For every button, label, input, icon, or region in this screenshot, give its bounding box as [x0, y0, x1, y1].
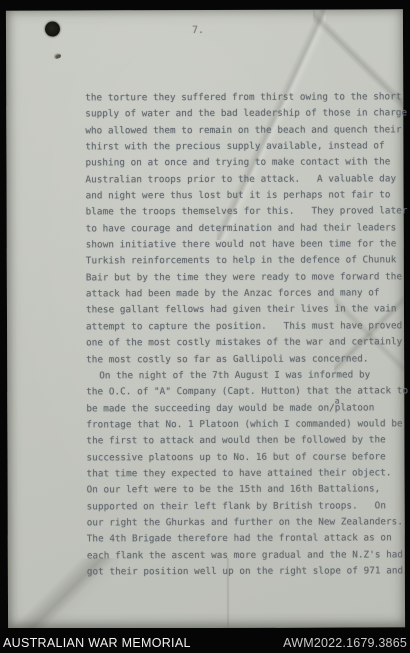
text-line: shown initiative there would not have be… [86, 236, 408, 253]
text-line: the torture they suffered from thirst ow… [85, 89, 407, 106]
text-line: pushing on at once and trying to make co… [85, 155, 407, 172]
footer-bar: AUSTRALIAN WAR MEMORIAL AWM2022.1679.386… [0, 628, 410, 653]
scanned-page: 7. the torture they suffered from thirst… [6, 9, 405, 628]
text-line: these gallant fellows had given their li… [86, 302, 408, 319]
text-line: attempt to capture the position. This mu… [86, 318, 408, 335]
text-line: the first to attack and would then be fo… [86, 433, 408, 450]
page-number: 7. [192, 25, 204, 36]
text-line: frontage that No. 1 Platoon (which I com… [86, 416, 408, 433]
text-line: that time they expected to have attained… [87, 465, 409, 482]
text-line: Turkish reinforcements to help in the de… [86, 253, 408, 270]
scan-viewport: 7. the torture they suffered from thirst… [0, 0, 410, 653]
text-line: supply of water and the bad leadership o… [85, 106, 407, 123]
text-line: supported on their left flank by British… [87, 498, 409, 515]
paper-speck [54, 53, 62, 60]
text-line: The 4th Brigade therefore had the fronta… [87, 531, 409, 548]
text-line: the O.C. of "A" Company (Capt. Hutton) t… [86, 383, 408, 400]
text-line: On the night of the 7th August I was inf… [86, 367, 408, 384]
hole-punch-mark [45, 22, 60, 37]
text-line: Australian troops prior to the attack. A… [85, 171, 407, 188]
text-line: to have courage and determination and ha… [86, 220, 408, 237]
text-line: who allowed them to remain on the beach … [85, 122, 407, 139]
accession-number: AWM2022.1679.3865 [283, 636, 407, 650]
text-line: and night were thus lost but it is perha… [86, 187, 408, 204]
text-line: Bair but by the time they were ready to … [86, 269, 408, 286]
text-line: On our left were to be the 15th and 16th… [87, 482, 409, 499]
text-line: blame the troops themselves for this. Th… [86, 204, 408, 221]
text-line: got their position well up on the right … [87, 563, 409, 580]
text-line: the most costly so far as Gallipoli was … [86, 351, 408, 368]
text-line: each flank the ascent was more gradual a… [87, 547, 409, 564]
text-line: one of the most costly mistakes of the w… [86, 334, 408, 351]
typewritten-text: the torture they suffered from thirst ow… [85, 89, 409, 580]
text-line: be made the succeeding day would be made… [86, 400, 408, 417]
text-line: thirst with the precious supply availabl… [85, 138, 407, 155]
text-line: our right the Ghurkas and further on the… [87, 514, 409, 531]
text-line: attack had been made by the Anzac forces… [86, 285, 408, 302]
archive-name: AUSTRALIAN WAR MEMORIAL [3, 636, 191, 650]
text-line: successive platoons up to No. 16 but of … [86, 449, 408, 466]
